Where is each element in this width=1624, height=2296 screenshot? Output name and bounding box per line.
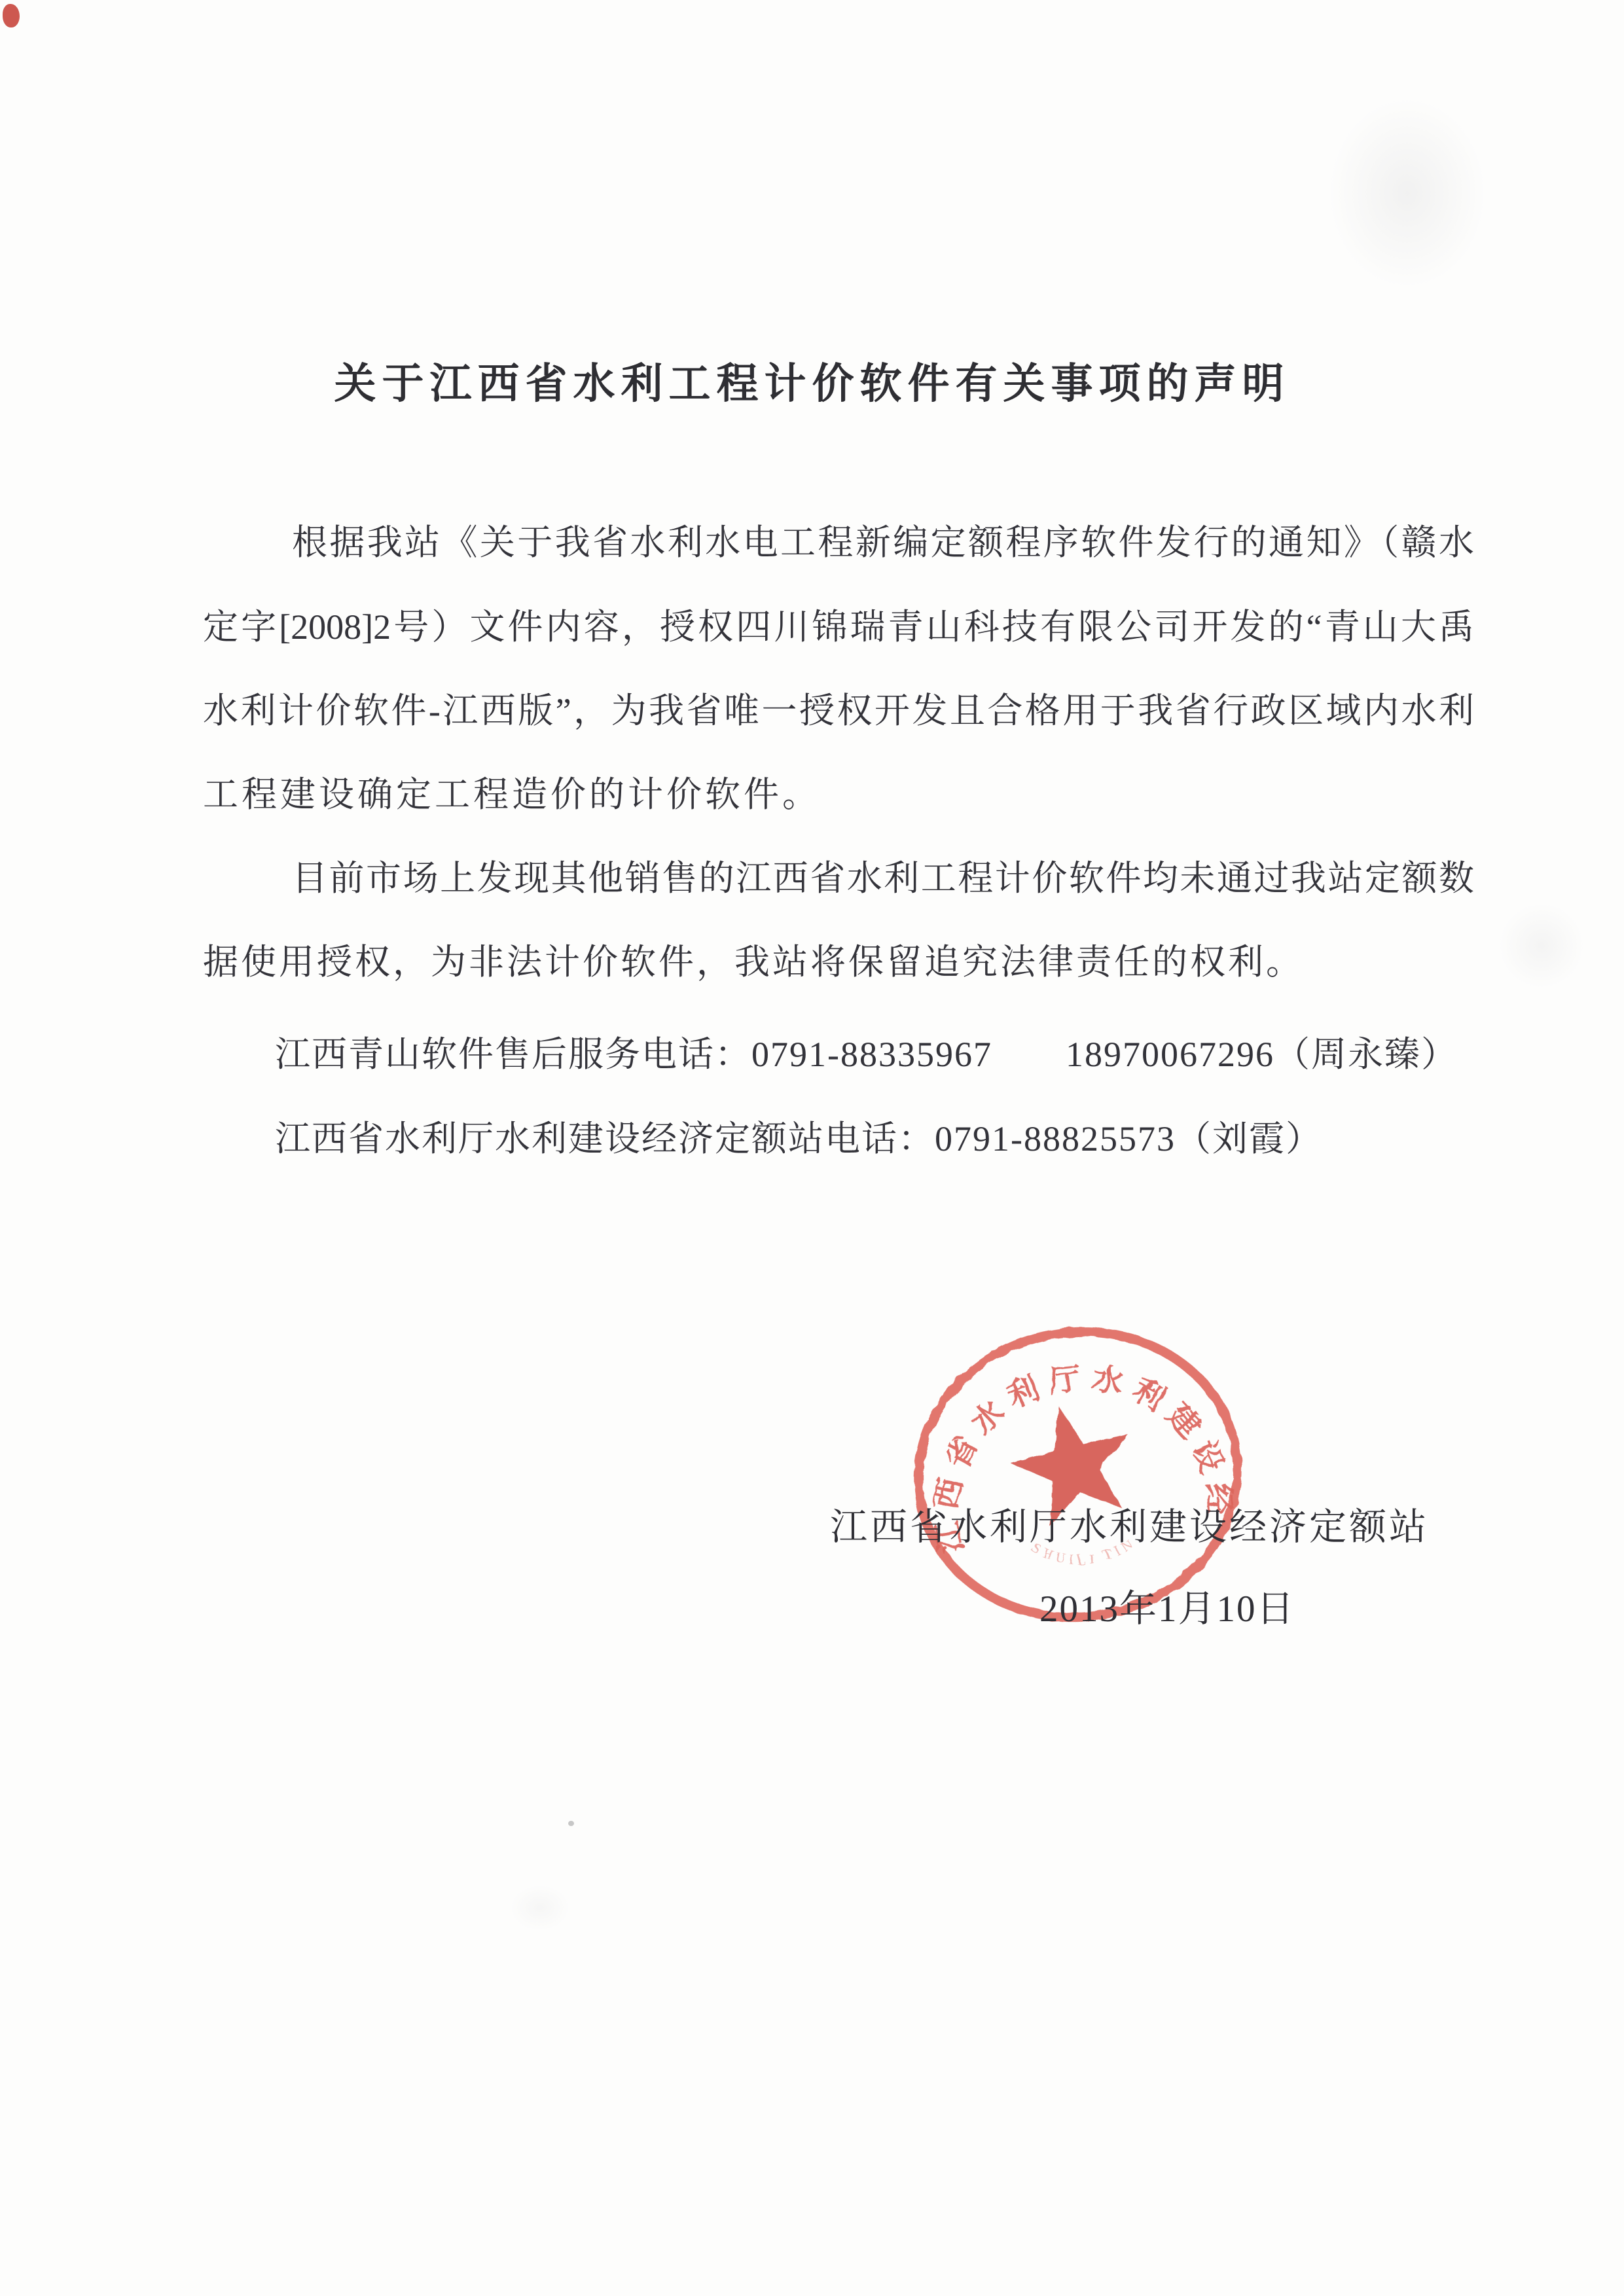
- body-line-6: 据使用授权，为非法计价软件，我站将保留追究法律责任的权利。: [203, 934, 1304, 984]
- document-title: 关于江西省水利工程计价软件有关事项的声明: [0, 350, 1624, 410]
- scan-smudge: [511, 1885, 569, 1931]
- contact-line-qingshan: 江西青山软件售后服务电话：0791-88335967 18970067296（周…: [275, 1026, 1458, 1077]
- body-line-2: 定字[2008]2号）文件内容，授权四川锦瑞青山科技有限公司开发的“青山大禹: [203, 599, 1474, 649]
- signature-date: 2013年1月10日: [1039, 1579, 1295, 1632]
- scan-smudge: [1329, 98, 1486, 288]
- body-line-4: 工程建设确定工程造价的计价软件。: [203, 766, 821, 817]
- scan-smudge: [1499, 903, 1584, 988]
- signature-org: 江西省水利厅水利建设经济定额站: [830, 1497, 1429, 1551]
- body-line-5: 目前市场上发现其他销售的江西省水利工程计价软件均未通过我站定额数: [292, 850, 1474, 901]
- body-line-3: 水利计价软件-江西版”，为我省唯一授权开发且合格用于我省行政区域内水利: [203, 683, 1474, 733]
- scan-artifact: [568, 1821, 574, 1826]
- scan-artifact-red: [3, 4, 20, 27]
- body-line-1: 根据我站《关于我省水利水电工程新编定额程序软件发行的通知》（赣水: [292, 514, 1474, 565]
- contact-line-dinge-station: 江西省水利厅水利建设经济定额站电话：0791-88825573（刘霞）: [275, 1111, 1322, 1161]
- document-page: 关于江西省水利工程计价软件有关事项的声明 根据我站《关于我省水利水电工程新编定额…: [0, 0, 1624, 2296]
